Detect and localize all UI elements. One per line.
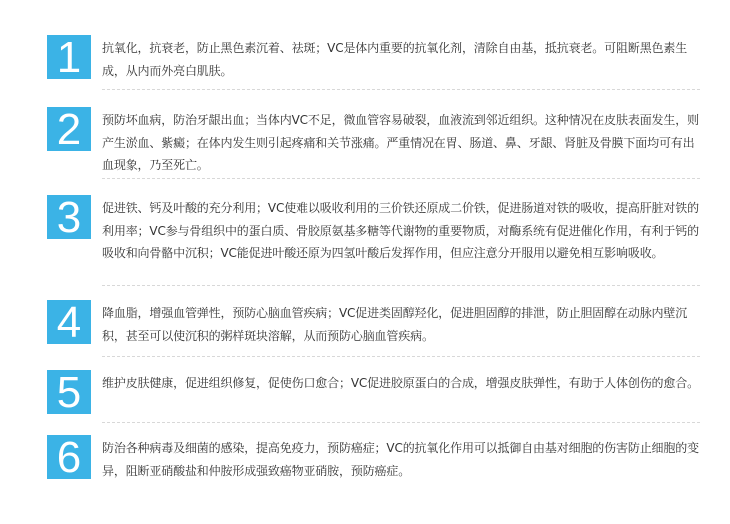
- dashed-divider: [102, 89, 700, 90]
- number-badge: 2: [47, 107, 91, 151]
- benefit-text: 预防坏血病，防治牙龈出血；当体内VC不足，微血管容易破裂，血液流到邻近组织。这种…: [102, 109, 702, 177]
- number-badge: 6: [47, 435, 91, 479]
- benefit-text: 促进铁、钙及叶酸的充分利用；VC使难以吸收利用的三价铁还原成二价铁，促进肠道对铁…: [102, 197, 702, 265]
- dashed-divider: [102, 422, 700, 423]
- dashed-divider: [102, 178, 700, 179]
- dashed-divider: [102, 285, 700, 286]
- number-badge: 4: [47, 300, 91, 344]
- number-badge: 3: [47, 195, 91, 239]
- benefit-text: 维护皮肤健康，促进组织修复，促使伤口愈合；VC促进胶原蛋白的合成，增强皮肤弹性，…: [102, 372, 702, 395]
- benefit-text: 抗氧化，抗衰老，防止黑色素沉着、祛斑；VC是体内重要的抗氧化剂，清除自由基，抵抗…: [102, 37, 702, 82]
- number-badge: 1: [47, 35, 91, 79]
- number-badge: 5: [47, 370, 91, 414]
- benefit-text: 降血脂，增强血管弹性，预防心脑血管疾病；VC促进类固醇羟化，促进胆固醇的排泄，防…: [102, 302, 702, 347]
- dashed-divider: [102, 356, 700, 357]
- benefit-text: 防治各种病毒及细菌的感染，提高免疫力，预防癌症；VC的抗氧化作用可以抵御自由基对…: [102, 437, 702, 482]
